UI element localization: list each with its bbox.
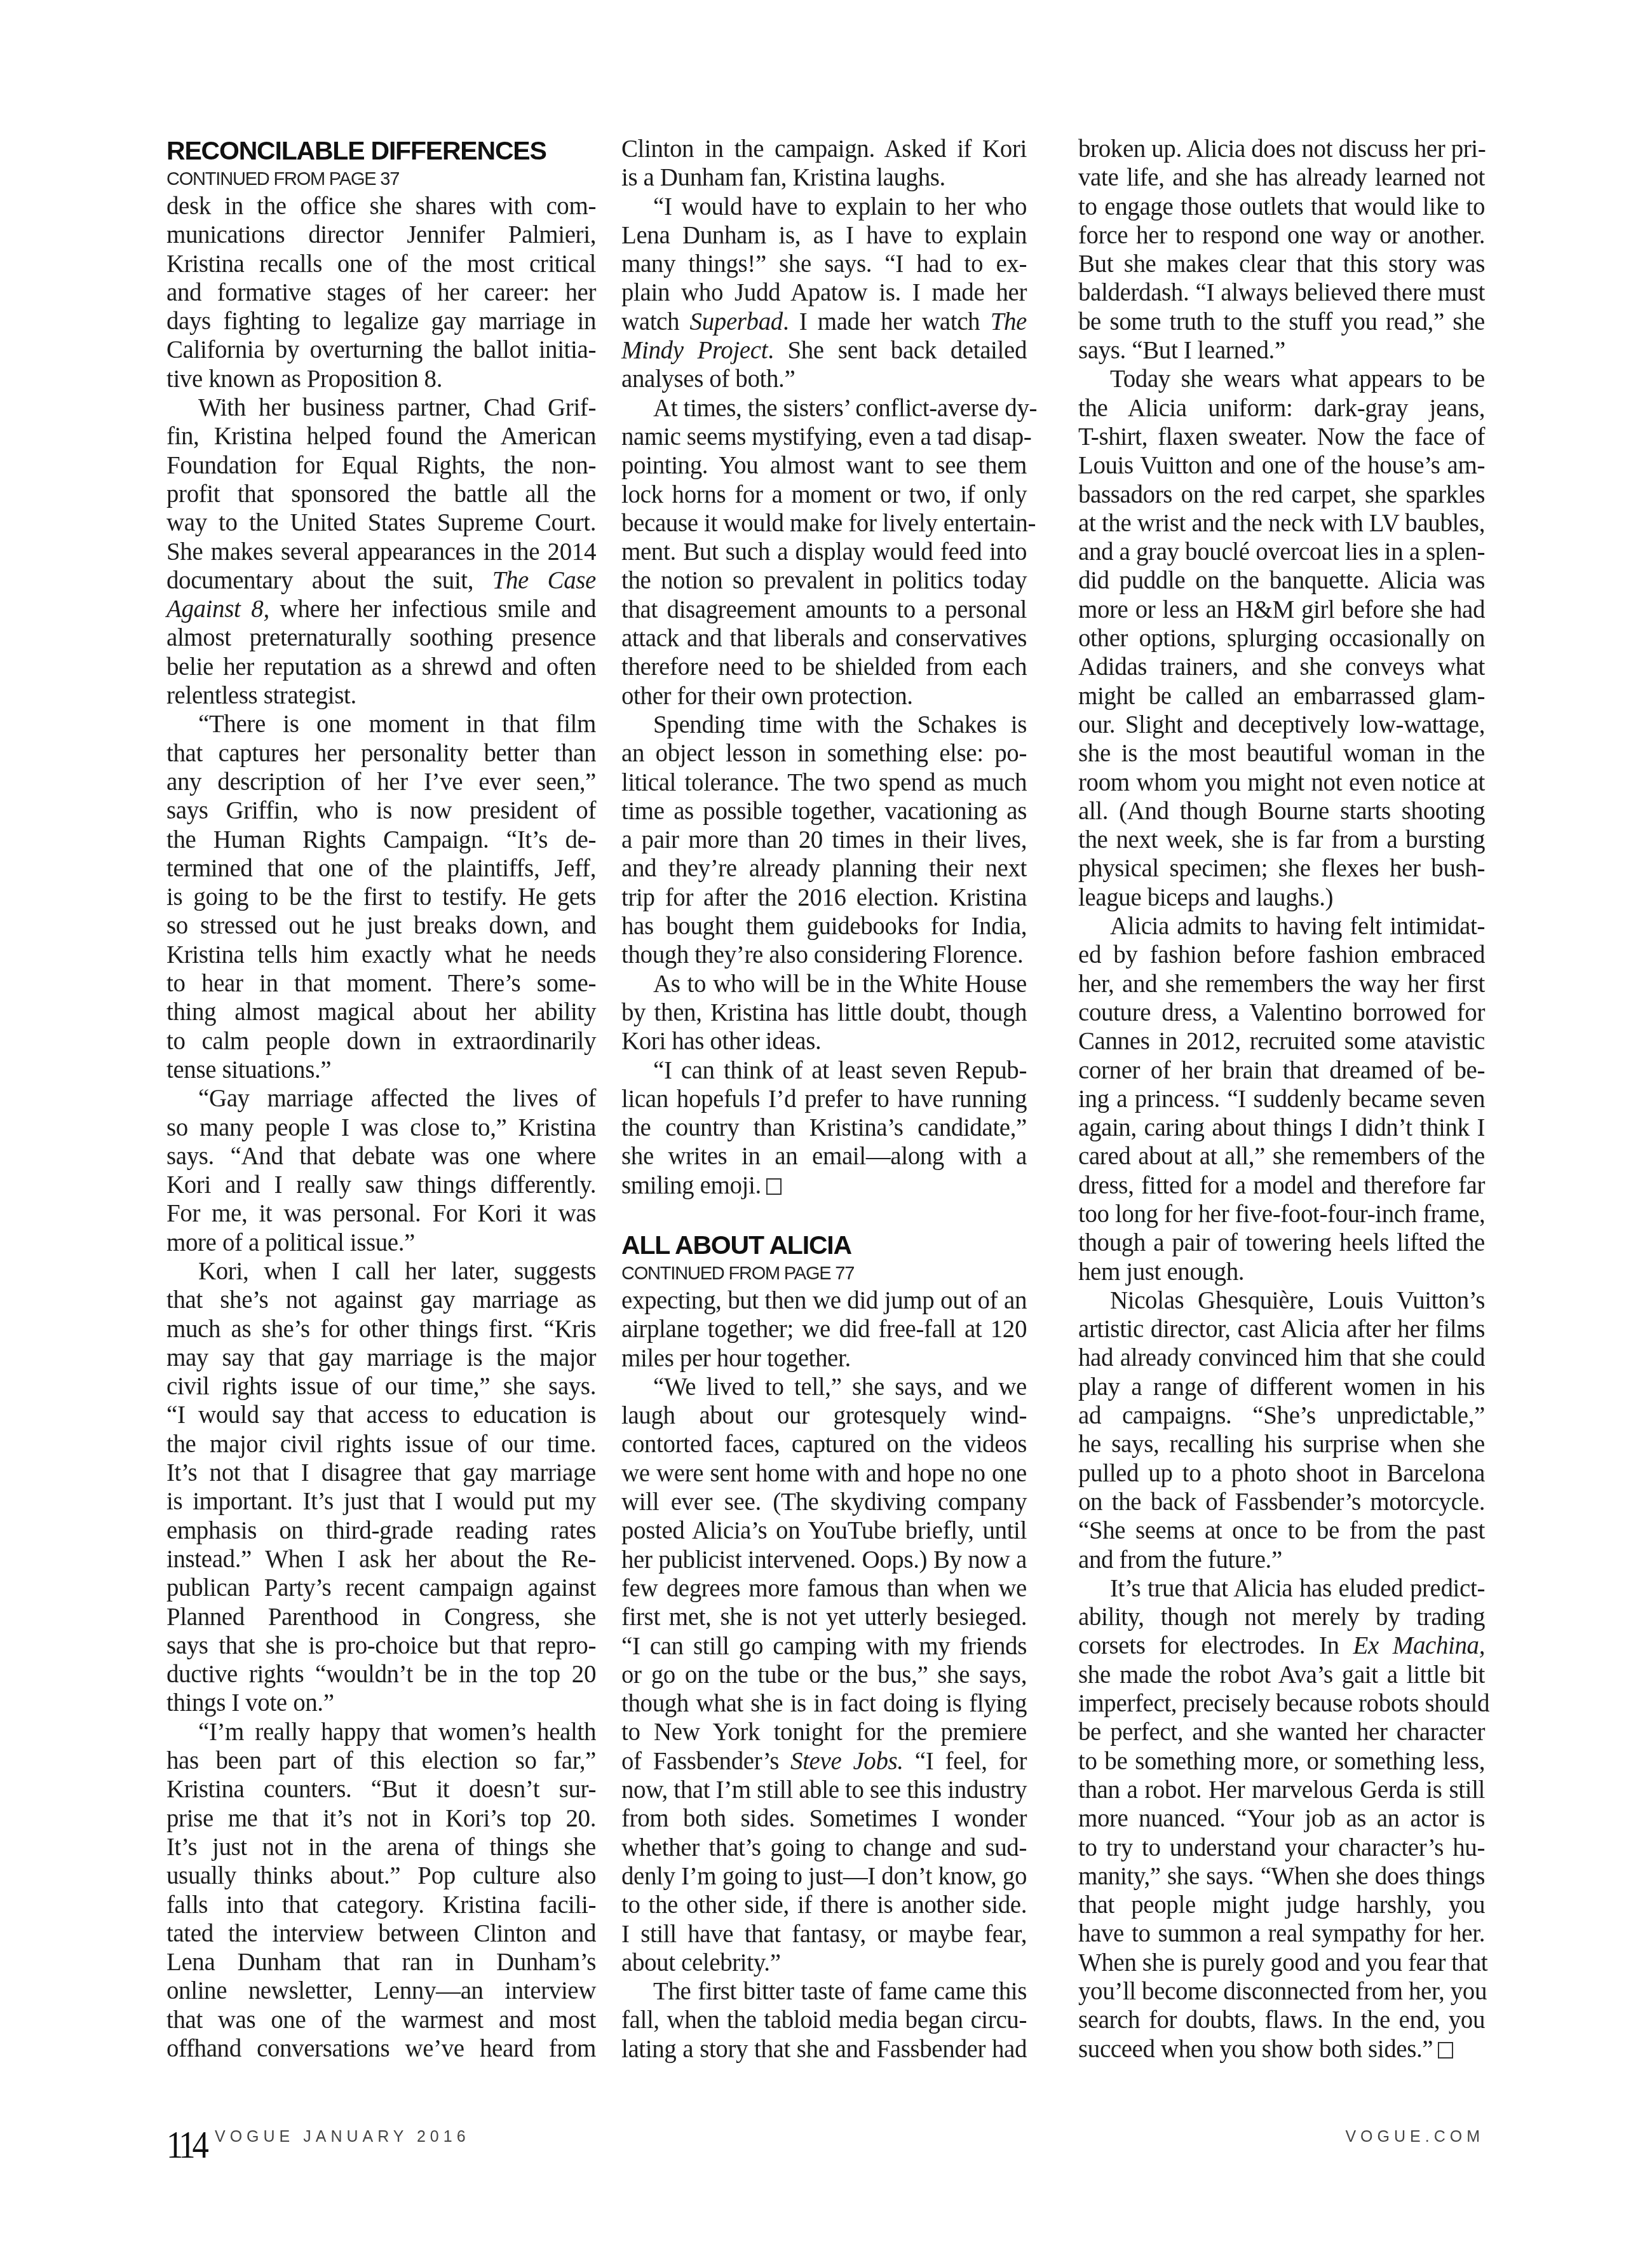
text-line: many things!” she says. “I had to ex-	[621, 250, 1027, 278]
text-line: and formative stages of her career: her	[166, 278, 596, 307]
text-line: has bought them guidebooks for India,	[621, 912, 1027, 941]
text-line: play a range of different women in his	[1078, 1373, 1485, 1401]
text-line: dress, fitted for a model and therefore …	[1078, 1171, 1485, 1200]
text-line: watch Superbad. I made her watch The	[621, 308, 1027, 336]
text-line: “I can think of at least seven Repub-	[621, 1056, 1027, 1085]
text-line: But she makes clear that this story was	[1078, 250, 1485, 278]
text-line: says Griffin, who is now president of	[166, 796, 596, 825]
text-line: “Gay marriage affected the lives of	[166, 1084, 596, 1113]
text-line: At times, the sisters’ conflict-averse d…	[621, 394, 1027, 423]
text-line: first met, she is not yet utterly besieg…	[621, 1603, 1027, 1631]
text-line: way to the United States Supreme Court.	[166, 508, 596, 537]
text-line: is going to be the first to testify. He …	[166, 883, 596, 911]
text-line: force her to respond one way or another.	[1078, 221, 1485, 250]
text-line: prise me that it’s not in Kori’s top 20.	[166, 1804, 596, 1833]
text-line: Kristina recalls one of the most critica…	[166, 250, 596, 278]
text-line: an object lesson in something else: po-	[621, 739, 1027, 768]
page-footer: 114 VOGUE JANUARY 2016 VOGUE.COM	[166, 2123, 1484, 2167]
text-line: balderdash. “I always believed there mus…	[1078, 278, 1485, 307]
text-line: vate life, and she has already learned n…	[1078, 163, 1485, 192]
text-line: more or less an H&M girl before she had	[1078, 596, 1485, 624]
text-line: As to who will be in the White House	[621, 970, 1027, 998]
text-line: might be called an embarrassed glam-	[1078, 682, 1485, 711]
text-line: her, and she remembers the way her first	[1078, 970, 1485, 998]
text-line: few degrees more famous than when we	[621, 1574, 1027, 1603]
text-line: whether that’s going to change and sud-	[621, 1834, 1027, 1862]
article-body: Clinton in the campaign. Asked if Koriis…	[621, 135, 1027, 1200]
article-body: expecting, but then we did jump out of a…	[621, 1286, 1027, 2064]
text-line: now, that I’m still able to see this ind…	[621, 1776, 1027, 1804]
text-line: to try to understand your character’s hu…	[1078, 1834, 1485, 1862]
text-line: fall, when the tabloid media began circu…	[621, 2006, 1027, 2034]
text-line: namic seems mystifying, even a tad disap…	[621, 423, 1027, 451]
text-line: that was one of the warmest and most	[166, 2006, 596, 2034]
website-label: VOGUE.COM	[1345, 2128, 1484, 2146]
text-line: too long for her five-foot-four-inch fra…	[1078, 1200, 1485, 1228]
text-line: Lena Dunham that ran in Dunham’s	[166, 1948, 596, 1977]
text-line: broken up. Alicia does not discuss her p…	[1078, 135, 1485, 163]
text-line: again, caring about things I didn’t thin…	[1078, 1113, 1485, 1142]
text-line: thing almost magical about her ability	[166, 998, 596, 1026]
text-line: T-shirt, flaxen sweater. Now the face of	[1078, 423, 1485, 451]
text-line: other options, splurging occasionally on	[1078, 624, 1485, 653]
column-2: Clinton in the campaign. Asked if Koriis…	[621, 135, 1027, 2064]
text-line: artistic director, cast Alicia after her…	[1078, 1315, 1485, 1344]
text-line: The first bitter taste of fame came this	[621, 1977, 1027, 2006]
text-line: so stressed out he just breaks down, and	[166, 911, 596, 940]
text-line: manity,” she says. “When she does things	[1078, 1862, 1485, 1891]
text-line: Kristina counters. “But it doesn’t sur-	[166, 1775, 596, 1804]
text-line: has been part of this election so far,”	[166, 1746, 596, 1775]
text-line: will ever see. (The skydiving company	[621, 1488, 1027, 1516]
text-line: “I would have to explain to her who	[621, 193, 1027, 221]
text-line: falls into that category. Kristina facil…	[166, 1891, 596, 1919]
continued-from-label: CONTINUED FROM PAGE 37	[166, 167, 596, 192]
text-line: hem just enough.	[1078, 1258, 1485, 1286]
text-line: at the wrist and the neck with LV bauble…	[1078, 509, 1485, 538]
article-body: desk in the office she shares with com-m…	[166, 192, 596, 2063]
text-line: ad campaigns. “She’s unpredictable,”	[1078, 1401, 1485, 1430]
text-line: California by overturning the ballot ini…	[166, 336, 596, 364]
text-line: be some truth to the stuff you read,” sh…	[1078, 308, 1485, 336]
text-line: because it would make for lively enterta…	[621, 509, 1027, 538]
text-line: Nicolas Ghesquière, Louis Vuitton’s	[1078, 1286, 1485, 1315]
end-of-article-icon	[766, 1178, 782, 1195]
text-line: more nuanced. “Your job as an actor is	[1078, 1804, 1485, 1833]
text-line: that people might judge harshly, you	[1078, 1891, 1485, 1919]
text-line: is important. It’s just that I would put…	[166, 1487, 596, 1516]
text-line: to the other side, if there is another s…	[621, 1891, 1027, 1919]
text-line: Foundation for Equal Rights, the non-	[166, 451, 596, 480]
text-line: from both sides. Sometimes I wonder	[621, 1804, 1027, 1833]
text-line: offhand conversations we’ve heard from	[166, 2034, 596, 2063]
text-line: any description of her I’ve ever seen,”	[166, 768, 596, 796]
issue-label: VOGUE JANUARY 2016	[215, 2128, 470, 2146]
text-line: online newsletter, Lenny—an interview	[166, 1977, 596, 2005]
text-line: did puddle on the banquette. Alicia was	[1078, 566, 1485, 595]
text-line: Alicia admits to having felt intimidat-	[1078, 912, 1485, 941]
text-line: Cannes in 2012, recruited some atavistic	[1078, 1027, 1485, 1056]
text-line: and from the future.”	[1078, 1546, 1485, 1574]
text-line: a pair more than 20 times in their lives…	[621, 826, 1027, 854]
text-line: ability, though not merely by trading	[1078, 1603, 1485, 1631]
text-line: more of a political issue.”	[166, 1228, 596, 1257]
text-line: bassadors on the red carpet, she sparkle…	[1078, 480, 1485, 509]
text-line: attack and that liberals and conservativ…	[621, 624, 1027, 653]
text-line: to be something more, or something less,	[1078, 1747, 1485, 1776]
text-line: miles per hour together.	[621, 1344, 1027, 1373]
text-line: “We lived to tell,” she says, and we	[621, 1373, 1027, 1401]
text-line: than a robot. Her marvelous Gerda is sti…	[1078, 1776, 1485, 1804]
text-line: and they’re already planning their next	[621, 854, 1027, 883]
text-line: “I’m really happy that women’s health	[166, 1718, 596, 1746]
text-line: to hear in that moment. There’s some-	[166, 969, 596, 998]
text-line: Today she wears what appears to be	[1078, 365, 1485, 393]
text-line: Clinton in the campaign. Asked if Kori	[621, 135, 1027, 163]
text-line: the next week, she is far from a burstin…	[1078, 826, 1485, 854]
text-line: her publicist intervened. Oops.) By now …	[621, 1546, 1027, 1574]
text-line: contorted faces, captured on the videos	[621, 1430, 1027, 1459]
text-line: analyses of both.”	[621, 365, 1027, 393]
text-line: time as possible together, vacationing a…	[621, 797, 1027, 826]
text-line: imperfect, precisely because robots shou…	[1078, 1689, 1485, 1718]
text-line: With her business partner, Chad Grif-	[166, 393, 596, 422]
text-line: corner of her brain that dreamed of be-	[1078, 1056, 1485, 1085]
text-line: profit that sponsored the battle all the	[166, 480, 596, 508]
text-line: the Alicia uniform: dark-gray jeans,	[1078, 394, 1485, 423]
text-line: munications director Jennifer Palmieri,	[166, 221, 596, 249]
text-line: civil rights issue of our time,” she say…	[166, 1372, 596, 1401]
text-line: tense situations.”	[166, 1056, 596, 1084]
text-line: smiling emoji.	[621, 1171, 1027, 1200]
text-line: though a pair of towering heels lifted t…	[1078, 1228, 1485, 1257]
text-line: laugh about our grotesquely wind-	[621, 1401, 1027, 1430]
text-line: though they’re also considering Florence…	[621, 941, 1027, 969]
text-line: usually thinks about.” Pop culture also	[166, 1861, 596, 1890]
text-line: had already convinced him that she could	[1078, 1344, 1485, 1372]
text-line: that she’s not against gay marriage as	[166, 1286, 596, 1314]
text-line: “I would say that access to education is	[166, 1401, 596, 1429]
text-line: succeed when you show both sides.”	[1078, 2035, 1485, 2064]
text-line: emphasis on third-grade reading rates	[166, 1516, 596, 1545]
text-line: cared about at all,” she remembers of th…	[1078, 1142, 1485, 1171]
text-line: plain who Judd Apatow is. I made her	[621, 278, 1027, 307]
text-line: all. (And though Bourne starts shooting	[1078, 797, 1485, 826]
text-line: she made the robot Ava’s gait a little b…	[1078, 1661, 1485, 1689]
text-line: much as she’s for other things first. “K…	[166, 1315, 596, 1344]
text-line: termined that one of the plaintiffs, Jef…	[166, 854, 596, 883]
text-line: league biceps and laughs.)	[1078, 883, 1485, 912]
text-line: It’s true that Alicia has eluded predict…	[1078, 1574, 1485, 1603]
text-line: she is the most beautiful woman in the	[1078, 739, 1485, 768]
text-line: things I vote on.”	[166, 1689, 596, 1717]
text-line: fin, Kristina helped found the American	[166, 422, 596, 451]
text-line: tated the interview between Clinton and	[166, 1919, 596, 1948]
text-line: and a gray bouclé overcoat lies in a spl…	[1078, 538, 1485, 566]
text-line: is a Dunham fan, Kristina laughs.	[621, 163, 1027, 192]
text-line: Spending time with the Schakes is	[621, 711, 1027, 739]
text-line: “She seems at once to be from the past	[1078, 1516, 1485, 1545]
text-line: airplane together; we did free-fall at 1…	[621, 1315, 1027, 1344]
text-line: publican Party’s recent campaign against	[166, 1574, 596, 1602]
text-line: she writes in an email—along with a	[621, 1142, 1027, 1171]
section-gap	[621, 1200, 1027, 1229]
text-line: so many people I was close to,” Kristina	[166, 1113, 596, 1142]
column-1: RECONCILABLE DIFFERENCES CONTINUED FROM …	[166, 135, 596, 2063]
text-line: It’s not that I disagree that gay marria…	[166, 1459, 596, 1487]
text-line: denly I’m going to just—I don’t know, go	[621, 1862, 1027, 1891]
text-line: pointing. You almost want to see them	[621, 451, 1027, 480]
text-line: Adidas trainers, and she conveys what	[1078, 653, 1485, 681]
text-line: ductive rights “wouldn’t be in the top 2…	[166, 1660, 596, 1689]
text-line: When she is purely good and you fear tha…	[1078, 1949, 1485, 1977]
text-line: posted Alicia’s on YouTube briefly, unti…	[621, 1516, 1027, 1545]
text-line: though what she is in fact doing is flyi…	[621, 1689, 1027, 1718]
text-line: It’s just not in the arena of things she	[166, 1833, 596, 1861]
text-line: may say that gay marriage is the major	[166, 1344, 596, 1372]
end-of-article-icon	[1438, 2042, 1453, 2059]
article-body: broken up. Alicia does not discuss her p…	[1078, 135, 1485, 2064]
text-line: about celebrity.”	[621, 1949, 1027, 1977]
text-line: ment. But such a display would feed into	[621, 538, 1027, 566]
text-line: litical tolerance. The two spend as much	[621, 768, 1027, 797]
text-line: For me, it was personal. For Kori it was	[166, 1199, 596, 1228]
text-line: Kristina tells him exactly what he needs	[166, 941, 596, 969]
text-line: I still have that fantasy, or maybe fear…	[621, 1920, 1027, 1949]
text-line: have to summon a real sympathy for her.	[1078, 1919, 1485, 1948]
text-line: be perfect, and she wanted her character	[1078, 1718, 1485, 1746]
text-line: instead.” When I ask her about the Re-	[166, 1545, 596, 1574]
text-line: that disagreement amounts to a personal	[621, 596, 1027, 624]
text-line: search for doubts, flaws. In the end, yo…	[1078, 2006, 1485, 2034]
text-line: tive known as Proposition 8.	[166, 365, 596, 393]
text-line: Kori has other ideas.	[621, 1027, 1027, 1056]
text-line: physical specimen; she flexes her bush-	[1078, 854, 1485, 883]
text-line: other for their own protection.	[621, 682, 1027, 711]
text-line: She makes several appearances in the 201…	[166, 538, 596, 566]
text-line: to engage those outlets that would like …	[1078, 193, 1485, 221]
text-line: corsets for electrodes. In Ex Machina,	[1078, 1631, 1485, 1660]
article-headline: RECONCILABLE DIFFERENCES	[166, 135, 596, 167]
text-line: lican hopefuls I’d prefer to have runnin…	[621, 1085, 1027, 1113]
text-line: days fighting to legalize gay marriage i…	[166, 307, 596, 336]
text-line: Louis Vuitton and one of the house’s am-	[1078, 451, 1485, 480]
text-line: “I can still go camping with my friends	[621, 1632, 1027, 1661]
text-line: almost preternaturally soothing presence	[166, 623, 596, 652]
text-line: “There is one moment in that film	[166, 710, 596, 738]
text-line: ed by fashion before fashion embraced	[1078, 941, 1485, 969]
text-line: to New York tonight for the premiere	[621, 1718, 1027, 1746]
text-line: you’ll become disconnected from her, you	[1078, 1977, 1485, 2006]
text-line: says. “But I learned.”	[1078, 336, 1485, 365]
text-line: of Fassbender’s Steve Jobs. “I feel, for	[621, 1747, 1027, 1776]
text-line: expecting, but then we did jump out of a…	[621, 1286, 1027, 1315]
text-line: our. Slight and deceptively low-wattage,	[1078, 711, 1485, 739]
text-line: lating a story that she and Fassbender h…	[621, 2035, 1027, 2064]
text-line: or go on the tube or the bus,” she says,	[621, 1661, 1027, 1689]
text-line: Kori, when I call her later, suggests	[166, 1257, 596, 1286]
text-line: relentless strategist.	[166, 681, 596, 710]
text-line: he says, recalling his surprise when she	[1078, 1430, 1485, 1459]
text-line: belie her reputation as a shrewd and oft…	[166, 653, 596, 681]
text-line: trip for after the 2016 election. Kristi…	[621, 883, 1027, 912]
page-number: 114	[166, 2125, 206, 2165]
text-line: we were sent home with and hope no one	[621, 1459, 1027, 1488]
continued-from-label: CONTINUED FROM PAGE 77	[621, 1261, 1027, 1286]
text-line: Against 8, where her infectious smile an…	[166, 595, 596, 623]
text-line: on the back of Fassbender’s motorcycle.	[1078, 1488, 1485, 1516]
text-line: Kori and I really saw things differently…	[166, 1171, 596, 1199]
text-line: pulled up to a photo shoot in Barcelona	[1078, 1459, 1485, 1488]
text-line: couture dress, a Valentino borrowed for	[1078, 998, 1485, 1027]
text-line: says that she is pro-choice but that rep…	[166, 1631, 596, 1660]
text-line: the Human Rights Campaign. “It’s de-	[166, 826, 596, 854]
text-line: the notion so prevalent in politics toda…	[621, 566, 1027, 595]
text-line: the major civil rights issue of our time…	[166, 1430, 596, 1459]
text-line: Planned Parenthood in Congress, she	[166, 1603, 596, 1631]
text-line: by then, Kristina has little doubt, thou…	[621, 998, 1027, 1027]
column-3: broken up. Alicia does not discuss her p…	[1078, 135, 1485, 2064]
text-line: the country than Kristina’s candidate,”	[621, 1113, 1027, 1142]
text-line: room whom you might not even notice at	[1078, 768, 1485, 797]
text-line: that captures her personality better tha…	[166, 739, 596, 768]
text-line: lock horns for a moment or two, if only	[621, 480, 1027, 509]
text-line: Mindy Project. She sent back detailed	[621, 336, 1027, 365]
text-line: ing a princess. “I suddenly became seven	[1078, 1085, 1485, 1113]
text-line: documentary about the suit, The Case	[166, 566, 596, 595]
text-line: Lena Dunham is, as I have to explain	[621, 221, 1027, 250]
text-line: therefore need to be shielded from each	[621, 653, 1027, 681]
text-line: says. “And that debate was one where	[166, 1142, 596, 1171]
text-line: to calm people down in extraordinarily	[166, 1027, 596, 1056]
text-line: desk in the office she shares with com-	[166, 192, 596, 221]
article-headline: ALL ABOUT ALICIA	[621, 1229, 1027, 1261]
